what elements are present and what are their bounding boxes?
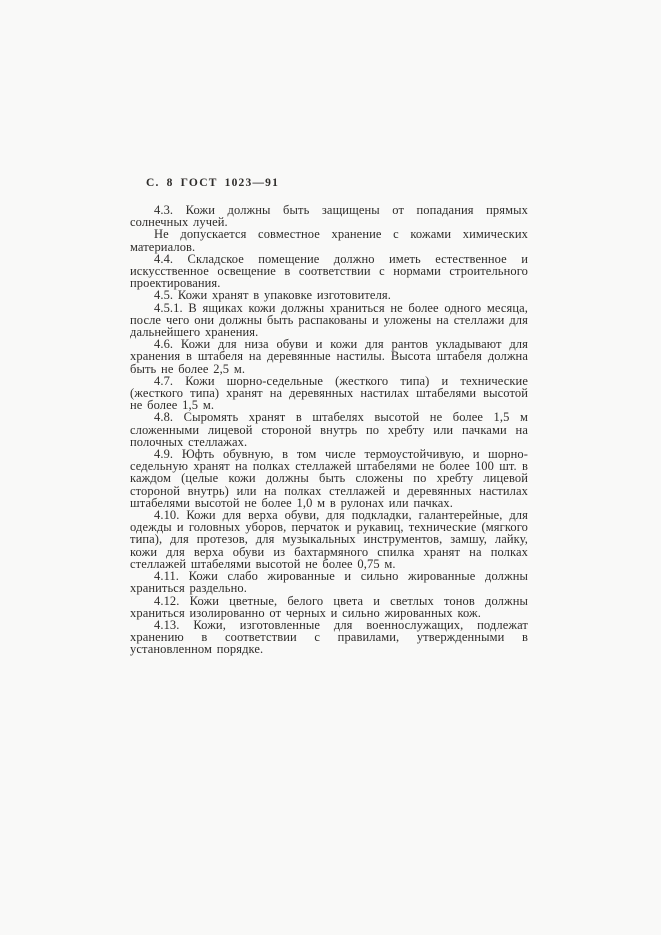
paragraph: 4.10. Кожи для верха обуви, для подкладк… xyxy=(130,509,528,570)
paragraph: 4.3. Кожи должны быть защищены от попада… xyxy=(130,204,528,228)
paragraph: 4.5. Кожи хранят в упаковке изготовителя… xyxy=(130,289,528,301)
page-header: С. 8 ГОСТ 1023—91 xyxy=(146,177,528,189)
document-page: С. 8 ГОСТ 1023—91 4.3. Кожи должны быть … xyxy=(0,0,661,935)
paragraph: 4.7. Кожи шорно-седельные (жесткого типа… xyxy=(130,375,528,412)
paragraph: 4.13. Кожи, изготовленные для военнослуж… xyxy=(130,619,528,656)
paragraph: 4.6. Кожи для низа обуви и кожи для рант… xyxy=(130,338,528,375)
paragraph: 4.5.1. В ящиках кожи должны храниться не… xyxy=(130,302,528,339)
paragraph: 4.12. Кожи цветные, белого цвета и светл… xyxy=(130,595,528,619)
document-body: 4.3. Кожи должны быть защищены от попада… xyxy=(130,204,528,656)
document-content: С. 8 ГОСТ 1023—91 4.3. Кожи должны быть … xyxy=(130,177,528,656)
paragraph: 4.9. Юфть обувную, в том числе термоусто… xyxy=(130,448,528,509)
paragraph: Не допускается совместное хранение с кож… xyxy=(130,228,528,252)
paragraph: 4.11. Кожи слабо жированные и сильно жир… xyxy=(130,570,528,594)
paragraph: 4.4. Складское помещение должно иметь ес… xyxy=(130,253,528,290)
paragraph: 4.8. Сыромять хранят в штабелях высотой … xyxy=(130,411,528,448)
